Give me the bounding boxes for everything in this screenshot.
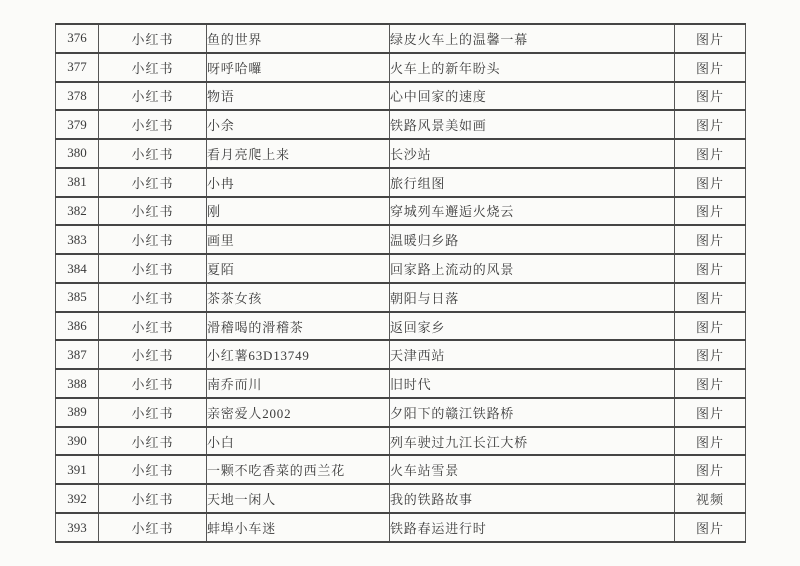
cell-account-name: 茶茶女孩: [207, 283, 390, 312]
cell-platform: 小红书: [99, 484, 207, 513]
table-row: 389 小红书 亲密爱人2002 夕阳下的赣江铁路桥 图片: [56, 398, 746, 427]
cell-account-name: 一颗不吃香菜的西兰花: [207, 455, 390, 484]
cell-account-name: 小冉: [207, 168, 390, 197]
cell-platform: 小红书: [99, 82, 207, 111]
cell-row-number: 384: [56, 254, 99, 283]
cell-account-name: 鱼的世界: [207, 24, 390, 53]
cell-post-title: 夕阳下的赣江铁路桥: [390, 398, 675, 427]
table-row: 379 小红书 小余 铁路风景美如画 图片: [56, 110, 746, 139]
cell-post-title: 列车驶过九江长江大桥: [390, 427, 675, 456]
table-row: 391 小红书 一颗不吃香菜的西兰花 火车站雪景 图片: [56, 455, 746, 484]
table-row: 392 小红书 天地一闲人 我的铁路故事 视频: [56, 484, 746, 513]
cell-post-title: 火车站雪景: [390, 455, 675, 484]
cell-post-title: 绿皮火车上的温馨一幕: [390, 24, 675, 53]
cell-post-title: 旅行组图: [390, 168, 675, 197]
cell-platform: 小红书: [99, 398, 207, 427]
cell-account-name: 小红薯63D13749: [207, 340, 390, 369]
table-row: 380 小红书 看月亮爬上来 长沙站 图片: [56, 139, 746, 168]
cell-post-title: 铁路春运进行时: [390, 513, 675, 542]
cell-row-number: 385: [56, 283, 99, 312]
cell-account-name: 刚: [207, 197, 390, 226]
cell-post-title: 回家路上流动的风景: [390, 254, 675, 283]
cell-platform: 小红书: [99, 254, 207, 283]
cell-row-number: 377: [56, 53, 99, 82]
cell-content-type: 图片: [675, 139, 746, 168]
cell-content-type: 视频: [675, 484, 746, 513]
cell-account-name: 蚌埠小车迷: [207, 513, 390, 542]
cell-content-type: 图片: [675, 110, 746, 139]
cell-content-type: 图片: [675, 197, 746, 226]
cell-post-title: 长沙站: [390, 139, 675, 168]
cell-content-type: 图片: [675, 369, 746, 398]
cell-post-title: 火车上的新年盼头: [390, 53, 675, 82]
cell-row-number: 379: [56, 110, 99, 139]
cell-content-type: 图片: [675, 24, 746, 53]
cell-platform: 小红书: [99, 340, 207, 369]
cell-post-title: 穿城列车邂逅火烧云: [390, 197, 675, 226]
cell-row-number: 376: [56, 24, 99, 53]
cell-row-number: 381: [56, 168, 99, 197]
cell-post-title: 旧时代: [390, 369, 675, 398]
cell-account-name: 天地一闲人: [207, 484, 390, 513]
cell-row-number: 392: [56, 484, 99, 513]
cell-post-title: 温暖归乡路: [390, 225, 675, 254]
cell-row-number: 390: [56, 427, 99, 456]
cell-account-name: 亲密爱人2002: [207, 398, 390, 427]
cell-content-type: 图片: [675, 427, 746, 456]
table-row: 377 小红书 呀呼哈囉 火车上的新年盼头 图片: [56, 53, 746, 82]
cell-row-number: 378: [56, 82, 99, 111]
cell-account-name: 画里: [207, 225, 390, 254]
cell-row-number: 391: [56, 455, 99, 484]
scanned-document-page: 376 小红书 鱼的世界 绿皮火车上的温馨一幕 图片 377 小红书 呀呼哈囉 …: [0, 0, 800, 566]
table-row: 378 小红书 物语 心中回家的速度 图片: [56, 82, 746, 111]
cell-platform: 小红书: [99, 369, 207, 398]
cell-account-name: 滑稽喝的滑稽茶: [207, 312, 390, 341]
cell-content-type: 图片: [675, 398, 746, 427]
table-row: 388 小红书 南乔而川 旧时代 图片: [56, 369, 746, 398]
cell-account-name: 呀呼哈囉: [207, 53, 390, 82]
cell-post-title: 铁路风景美如画: [390, 110, 675, 139]
table-row: 385 小红书 茶茶女孩 朝阳与日落 图片: [56, 283, 746, 312]
cell-account-name: 小白: [207, 427, 390, 456]
cell-content-type: 图片: [675, 225, 746, 254]
cell-platform: 小红书: [99, 168, 207, 197]
cell-content-type: 图片: [675, 340, 746, 369]
cell-content-type: 图片: [675, 513, 746, 542]
cell-post-title: 天津西站: [390, 340, 675, 369]
cell-post-title: 朝阳与日落: [390, 283, 675, 312]
table-row: 383 小红书 画里 温暖归乡路 图片: [56, 225, 746, 254]
cell-account-name: 看月亮爬上来: [207, 139, 390, 168]
cell-platform: 小红书: [99, 225, 207, 254]
cell-row-number: 380: [56, 139, 99, 168]
table-row: 381 小红书 小冉 旅行组图 图片: [56, 168, 746, 197]
cell-post-title: 心中回家的速度: [390, 82, 675, 111]
table-row: 393 小红书 蚌埠小车迷 铁路春运进行时 图片: [56, 513, 746, 542]
cell-platform: 小红书: [99, 139, 207, 168]
cell-content-type: 图片: [675, 53, 746, 82]
cell-platform: 小红书: [99, 513, 207, 542]
cell-row-number: 389: [56, 398, 99, 427]
table-row: 376 小红书 鱼的世界 绿皮火车上的温馨一幕 图片: [56, 24, 746, 53]
cell-row-number: 388: [56, 369, 99, 398]
table-row: 387 小红书 小红薯63D13749 天津西站 图片: [56, 340, 746, 369]
cell-content-type: 图片: [675, 254, 746, 283]
cell-platform: 小红书: [99, 110, 207, 139]
cell-account-name: 小余: [207, 110, 390, 139]
cell-content-type: 图片: [675, 168, 746, 197]
table-row: 384 小红书 夏陌 回家路上流动的风景 图片: [56, 254, 746, 283]
cell-content-type: 图片: [675, 82, 746, 111]
table-row: 390 小红书 小白 列车驶过九江长江大桥 图片: [56, 427, 746, 456]
cell-platform: 小红书: [99, 24, 207, 53]
table-row: 382 小红书 刚 穿城列车邂逅火烧云 图片: [56, 197, 746, 226]
cell-content-type: 图片: [675, 283, 746, 312]
cell-row-number: 386: [56, 312, 99, 341]
cell-account-name: 夏陌: [207, 254, 390, 283]
cell-account-name: 南乔而川: [207, 369, 390, 398]
cell-platform: 小红书: [99, 455, 207, 484]
cell-content-type: 图片: [675, 312, 746, 341]
cell-platform: 小红书: [99, 283, 207, 312]
cell-platform: 小红书: [99, 53, 207, 82]
table-row: 386 小红书 滑稽喝的滑稽茶 返回家乡 图片: [56, 312, 746, 341]
cell-row-number: 383: [56, 225, 99, 254]
cell-post-title: 我的铁路故事: [390, 484, 675, 513]
cell-content-type: 图片: [675, 455, 746, 484]
cell-row-number: 382: [56, 197, 99, 226]
cell-platform: 小红书: [99, 427, 207, 456]
cell-post-title: 返回家乡: [390, 312, 675, 341]
cell-platform: 小红书: [99, 197, 207, 226]
cell-row-number: 393: [56, 513, 99, 542]
cell-platform: 小红书: [99, 312, 207, 341]
content-table: 376 小红书 鱼的世界 绿皮火车上的温馨一幕 图片 377 小红书 呀呼哈囉 …: [55, 23, 746, 543]
cell-row-number: 387: [56, 340, 99, 369]
table-body: 376 小红书 鱼的世界 绿皮火车上的温馨一幕 图片 377 小红书 呀呼哈囉 …: [56, 24, 746, 542]
cell-account-name: 物语: [207, 82, 390, 111]
